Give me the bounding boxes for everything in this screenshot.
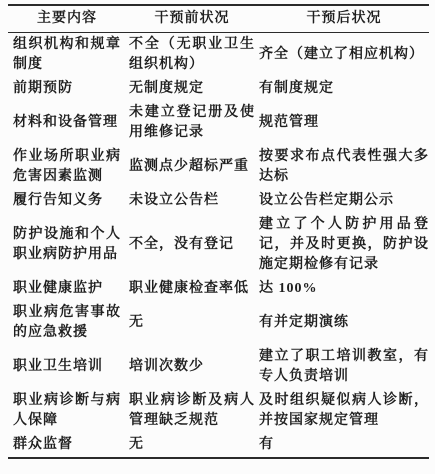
header-main-content: 主要内容 (8, 5, 129, 33)
table-row: 前期预防 无制度规定 有制度规定 (8, 77, 429, 101)
table-header-row: 主要内容 干预前状况 干预后状况 (8, 5, 429, 33)
cell-main-content: 前期预防 (8, 77, 129, 101)
scanned-paper-table-page: 主要内容 干预前状况 干预后状况 组织机构和规章制度 不全（无职业卫生组织机构）… (0, 0, 435, 474)
table-row: 职业病诊断与病人保障 职业病诊断及病人管理缺乏规范 及时组织疑似病人诊断，并按国… (8, 389, 429, 433)
table-row: 作业场所职业病危害因素监测 监测点少超标严重 按要求布点代表性强大多达标 (8, 145, 429, 189)
cell-main-content: 群众监督 (8, 433, 129, 458)
cell-pre-status: 不全（无职业卫生组织机构） (129, 33, 259, 78)
cell-post-status: 按要求布点代表性强大多达标 (259, 145, 429, 189)
table-row: 职业卫生培训 培训次数少 建立了职工培训教室，有专人负责培训 (8, 345, 429, 389)
header-post-intervention: 干预后状况 (259, 5, 429, 33)
cell-post-status: 有 (259, 433, 429, 458)
table-row: 群众监督 无 有 (8, 433, 429, 458)
cell-post-status: 齐全（建立了相应机构） (259, 33, 429, 78)
table-row: 防护设施和个人职业病防护用品 不全，没有登记 建立了个人防护用品登记，并及时更换… (8, 213, 429, 277)
cell-pre-status: 无 (129, 301, 259, 345)
cell-pre-status: 无制度规定 (129, 77, 259, 101)
cell-post-status: 规范管理 (259, 101, 429, 145)
table-row: 职业病危害事故的应急救援 无 有并定期演练 (8, 301, 429, 345)
table-row: 履行告知义务 未设立公告栏 设立公告栏定期公示 (8, 189, 429, 213)
cell-post-status: 有制度规定 (259, 77, 429, 101)
cell-pre-status: 职业健康检查率低 (129, 277, 259, 301)
table-row: 组织机构和规章制度 不全（无职业卫生组织机构） 齐全（建立了相应机构） (8, 33, 429, 78)
header-pre-intervention: 干预前状况 (129, 5, 259, 33)
cell-post-status: 设立公告栏定期公示 (259, 189, 429, 213)
cell-post-status: 有并定期演练 (259, 301, 429, 345)
intervention-comparison-table: 主要内容 干预前状况 干预后状况 组织机构和规章制度 不全（无职业卫生组织机构）… (8, 4, 429, 459)
cell-main-content: 防护设施和个人职业病防护用品 (8, 213, 129, 277)
cell-main-content: 职业病诊断与病人保障 (8, 389, 129, 433)
cell-main-content: 职业卫生培训 (8, 345, 129, 389)
table-row: 材料和设备管理 未建立登记册及使用维修记录 规范管理 (8, 101, 429, 145)
table-row: 职业健康监护 职业健康检查率低 达 100% (8, 277, 429, 301)
cell-pre-status: 无 (129, 433, 259, 458)
cell-post-status: 达 100% (259, 277, 429, 301)
cell-main-content: 材料和设备管理 (8, 101, 129, 145)
cell-post-status: 建立了职工培训教室，有专人负责培训 (259, 345, 429, 389)
cell-pre-status: 未建立登记册及使用维修记录 (129, 101, 259, 145)
cell-pre-status: 不全，没有登记 (129, 213, 259, 277)
cell-main-content: 履行告知义务 (8, 189, 129, 213)
cell-pre-status: 监测点少超标严重 (129, 145, 259, 189)
cell-main-content: 作业场所职业病危害因素监测 (8, 145, 129, 189)
cell-pre-status: 未设立公告栏 (129, 189, 259, 213)
cell-main-content: 组织机构和规章制度 (8, 33, 129, 78)
cell-pre-status: 培训次数少 (129, 345, 259, 389)
cell-post-status: 建立了个人防护用品登记，并及时更换，防护设施定期检修有记录 (259, 213, 429, 277)
cell-post-status: 及时组织疑似病人诊断，并按国家规定管理 (259, 389, 429, 433)
cell-main-content: 职业健康监护 (8, 277, 129, 301)
cell-main-content: 职业病危害事故的应急救援 (8, 301, 129, 345)
cell-pre-status: 职业病诊断及病人管理缺乏规范 (129, 389, 259, 433)
